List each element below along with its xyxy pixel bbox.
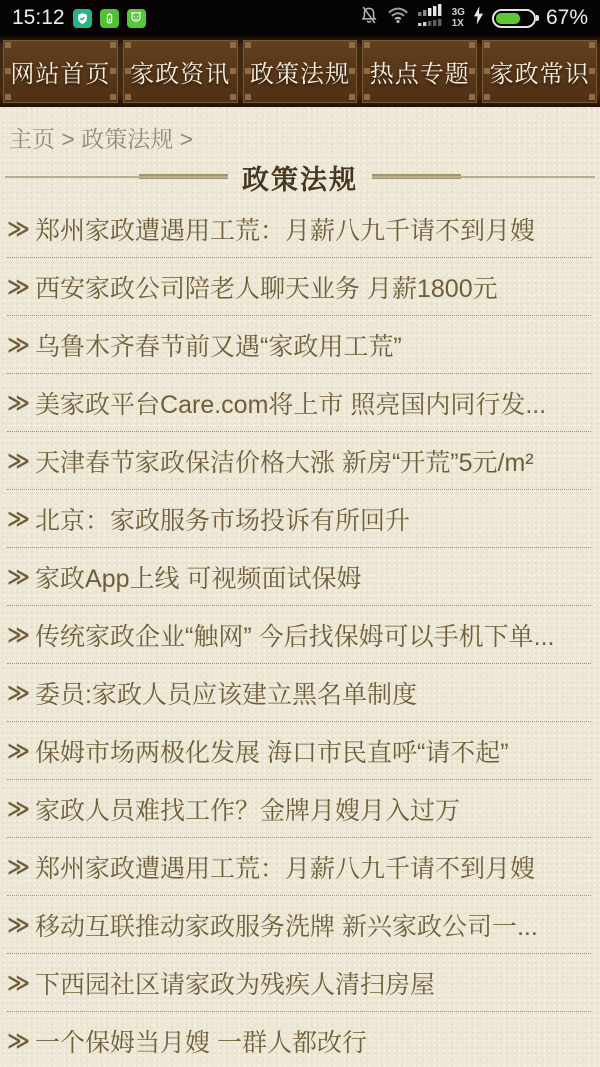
article-title: 保姆市场两极化发展 海口市民直呼“请不起” bbox=[35, 733, 509, 769]
double-chevron-icon: ≫ bbox=[7, 332, 30, 358]
shield-app-icon bbox=[73, 9, 92, 28]
article-title: 委员:家政人员应该建立黑名单制度 bbox=[35, 675, 417, 711]
double-chevron-icon: ≫ bbox=[7, 912, 30, 938]
article-link[interactable]: ≫ 乌鲁木齐春节前又遇“家政用工荒” bbox=[7, 316, 591, 374]
article-link[interactable]: ≫ 一个保姆当月嫂 一群人都改行 bbox=[7, 1012, 591, 1067]
title-decor-line-left bbox=[5, 174, 228, 181]
double-chevron-icon: ≫ bbox=[7, 854, 30, 880]
breadcrumb[interactable]: 主页 > 政策法规 > bbox=[0, 107, 600, 154]
network-type-label: 3G 1X bbox=[452, 7, 465, 29]
double-chevron-icon: ≫ bbox=[7, 680, 30, 706]
phone-screen: 15:12 bbox=[0, 0, 600, 1067]
page-title: 政策法规 bbox=[242, 158, 358, 197]
article-link[interactable]: ≫ 北京：家政服务市场投诉有所回升 bbox=[7, 490, 591, 548]
article-title: 下西园社区请家政为残疾人清扫房屋 bbox=[35, 965, 435, 1001]
article-link[interactable]: ≫ 家政App上线 可视频面试保姆 bbox=[7, 548, 591, 606]
title-decor-line-right bbox=[372, 174, 595, 181]
article-list: ≫ 郑州家政遭遇用工荒：月薪八九千请不到月嫂 ≫ 西安家政公司陪老人聊天业务 月… bbox=[0, 200, 600, 1067]
cat-app-icon bbox=[127, 9, 146, 28]
article-link[interactable]: ≫ 美家政平台Care.com将上市 照亮国内同行发... bbox=[7, 374, 591, 432]
article-title: 乌鲁木齐春节前又遇“家政用工荒” bbox=[35, 327, 402, 363]
article-title: 移动互联推动家政服务洗牌 新兴家政公司一... bbox=[35, 907, 538, 943]
article-link[interactable]: ≫ 家政人员难找工作？金牌月嫂月入过万 bbox=[7, 780, 591, 838]
network-type-bottom: 1X bbox=[452, 18, 465, 29]
double-chevron-icon: ≫ bbox=[7, 564, 30, 590]
battery-icon bbox=[492, 9, 536, 28]
article-title: 家政App上线 可视频面试保姆 bbox=[35, 559, 361, 595]
article-link[interactable]: ≫ 传统家政企业“触网” 今后找保姆可以手机下单... bbox=[7, 606, 591, 664]
article-title: 北京：家政服务市场投诉有所回升 bbox=[35, 501, 410, 537]
nav-item-housekeeping-knowledge[interactable]: 家政常识 bbox=[482, 40, 597, 103]
double-chevron-icon: ≫ bbox=[7, 738, 30, 764]
article-link[interactable]: ≫ 西安家政公司陪老人聊天业务 月薪1800元 bbox=[7, 258, 591, 316]
double-chevron-icon: ≫ bbox=[7, 506, 30, 532]
article-link[interactable]: ≫ 下西园社区请家政为残疾人清扫房屋 bbox=[7, 954, 591, 1012]
article-title: 西安家政公司陪老人聊天业务 月薪1800元 bbox=[35, 269, 498, 305]
nav-item-policy-regulations[interactable]: 政策法规 bbox=[243, 40, 358, 103]
article-link[interactable]: ≫ 郑州家政遭遇用工荒：月薪八九千请不到月嫂 bbox=[7, 200, 591, 258]
nav-item-label: 热点专题 bbox=[370, 54, 470, 89]
battery-app-icon bbox=[100, 9, 119, 28]
article-link[interactable]: ≫ 保姆市场两极化发展 海口市民直呼“请不起” bbox=[7, 722, 591, 780]
double-chevron-icon: ≫ bbox=[7, 274, 30, 300]
double-chevron-icon: ≫ bbox=[7, 622, 30, 648]
mute-bell-icon bbox=[359, 4, 379, 32]
article-title: 传统家政企业“触网” 今后找保姆可以手机下单... bbox=[35, 617, 554, 653]
nav-item-housekeeping-news[interactable]: 家政资讯 bbox=[123, 40, 238, 103]
nav-item-label: 家政资讯 bbox=[130, 54, 230, 89]
article-title: 美家政平台Care.com将上市 照亮国内同行发... bbox=[35, 385, 546, 421]
status-bar-left: 15:12 bbox=[12, 6, 146, 30]
breadcrumb-text: 主页 > 政策法规 > bbox=[9, 126, 193, 152]
nav-item-hot-topics[interactable]: 热点专题 bbox=[362, 40, 477, 103]
nav-item-home[interactable]: 网站首页 bbox=[3, 40, 118, 103]
nav-item-label: 政策法规 bbox=[250, 54, 350, 89]
charging-bolt-icon bbox=[473, 6, 484, 31]
battery-percent: 67% bbox=[546, 6, 588, 30]
article-title: 郑州家政遭遇用工荒：月薪八九千请不到月嫂 bbox=[35, 211, 535, 247]
signal-bars-icon bbox=[417, 4, 444, 32]
wifi-icon bbox=[387, 6, 409, 30]
article-link[interactable]: ≫ 天津春节家政保洁价格大涨 新房“开荒”5元/m² bbox=[7, 432, 591, 490]
double-chevron-icon: ≫ bbox=[7, 970, 30, 996]
article-title: 一个保姆当月嫂 一群人都改行 bbox=[35, 1023, 367, 1059]
article-title: 郑州家政遭遇用工荒：月薪八九千请不到月嫂 bbox=[35, 849, 535, 885]
article-link[interactable]: ≫ 郑州家政遭遇用工荒：月薪八九千请不到月嫂 bbox=[7, 838, 591, 896]
battery-fill bbox=[496, 13, 520, 24]
article-link[interactable]: ≫ 移动互联推动家政服务洗牌 新兴家政公司一... bbox=[7, 896, 591, 954]
main-nav: 网站首页 家政资讯 政策法规 热点专题 家政常识 bbox=[0, 36, 600, 107]
double-chevron-icon: ≫ bbox=[7, 1028, 30, 1054]
article-link[interactable]: ≫ 委员:家政人员应该建立黑名单制度 bbox=[7, 664, 591, 722]
nav-item-label: 家政常识 bbox=[490, 54, 590, 89]
network-type-top: 3G bbox=[452, 7, 465, 18]
double-chevron-icon: ≫ bbox=[7, 216, 30, 242]
double-chevron-icon: ≫ bbox=[7, 796, 30, 822]
status-time: 15:12 bbox=[12, 6, 65, 30]
nav-item-label: 网站首页 bbox=[10, 54, 110, 89]
status-bar: 15:12 bbox=[0, 0, 600, 36]
page-title-row: 政策法规 bbox=[0, 154, 600, 200]
double-chevron-icon: ≫ bbox=[7, 448, 30, 474]
double-chevron-icon: ≫ bbox=[7, 390, 30, 416]
status-bar-right: 3G 1X 67% bbox=[359, 4, 588, 32]
article-title: 家政人员难找工作？金牌月嫂月入过万 bbox=[35, 791, 460, 827]
article-title: 天津春节家政保洁价格大涨 新房“开荒”5元/m² bbox=[35, 443, 534, 479]
